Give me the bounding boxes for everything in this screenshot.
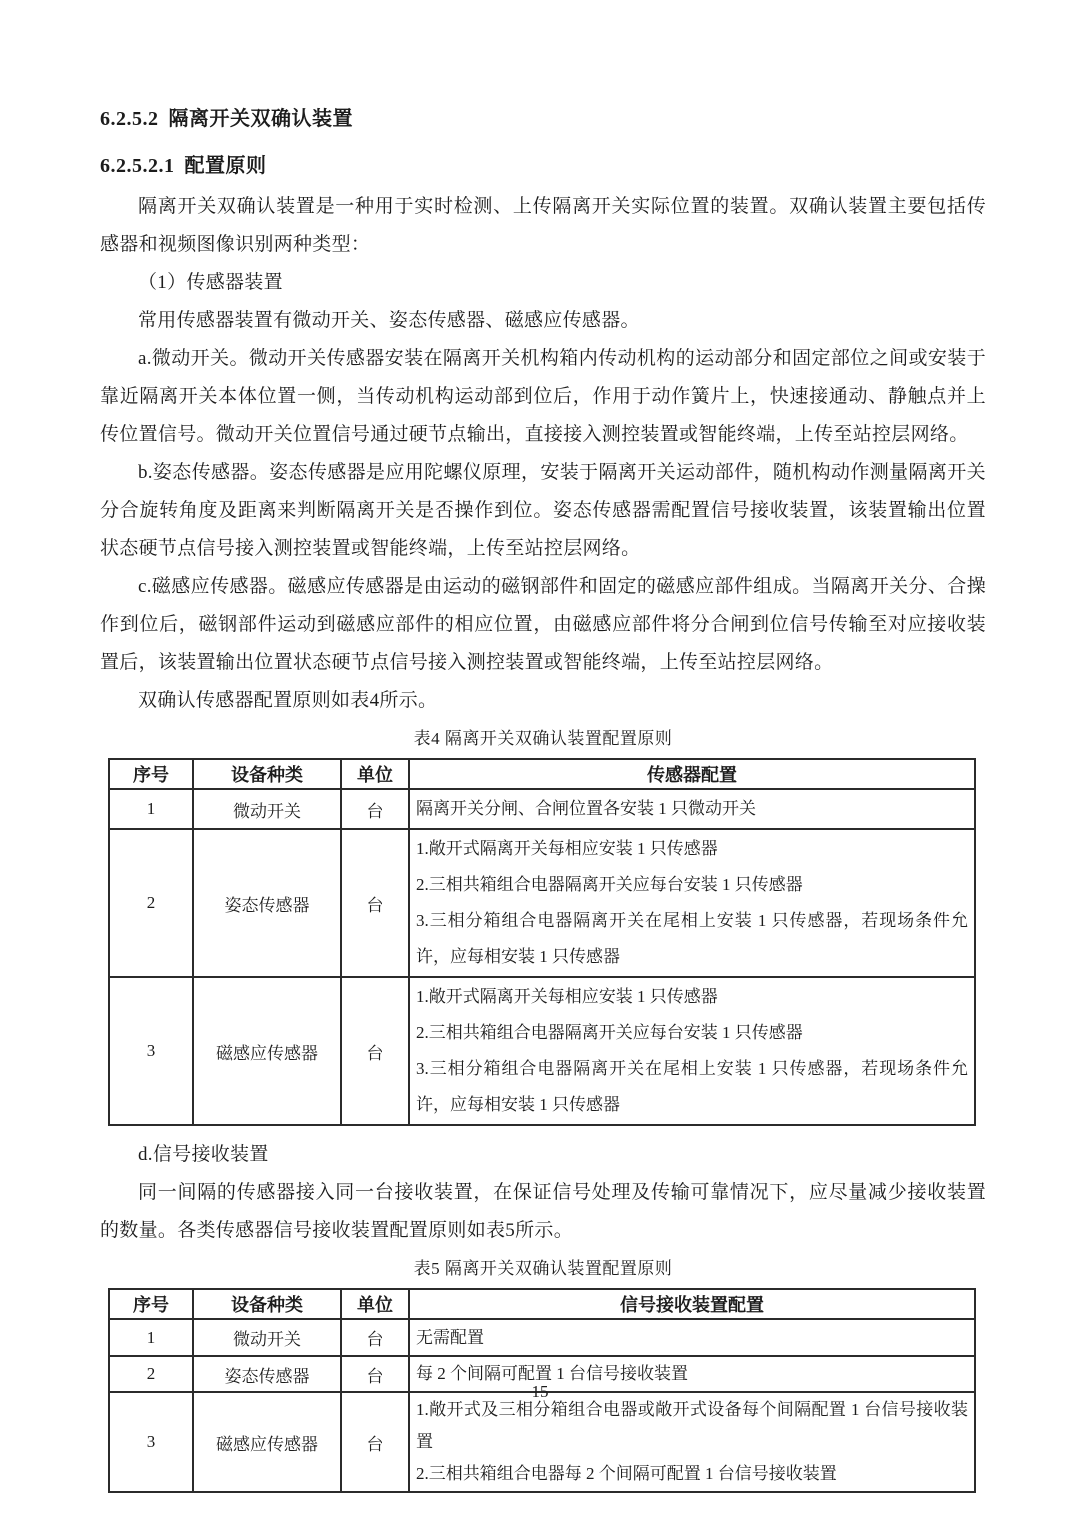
- table5-header-device: 设备种类: [193, 1289, 341, 1319]
- table-row: 3 磁感应传感器 台 1.敞开式及三相分箱组合电器或敞开式设备每个间隔配置 1 …: [109, 1392, 975, 1492]
- table4-row1-device: 微动开关: [193, 789, 341, 829]
- subsection-heading: 6.2.5.2.1配置原则: [100, 149, 986, 178]
- table4-row3-no: 3: [109, 977, 193, 1125]
- table4-header-device: 设备种类: [193, 759, 341, 789]
- paragraph-a-micro-switch: a.微动开关。微动开关传感器安装在隔离开关机构箱内传动机构的运动部分和固定部位之…: [100, 340, 986, 454]
- table5-row3-device: 磁感应传感器: [193, 1392, 341, 1492]
- table5-header-unit: 单位: [341, 1289, 409, 1319]
- table4: 序号 设备种类 单位 传感器配置 1 微动开关 台 隔离开关分闸、合闸位置各安装…: [108, 758, 976, 1126]
- table4-header-unit: 单位: [341, 759, 409, 789]
- table5-header-row: 序号 设备种类 单位 信号接收装置配置: [109, 1289, 975, 1319]
- document-page: 6.2.5.2隔离开关双确认装置 6.2.5.2.1配置原则 隔离开关双确认装置…: [0, 0, 1080, 1527]
- config-line: 1.敞开式及三相分箱组合电器或敞开式设备每个间隔配置 1 台信号接收装置: [416, 1394, 968, 1458]
- paragraph-c-magnetic-sensor: c.磁感应传感器。磁感应传感器是由运动的磁钢部件和固定的磁感应部件组成。当隔离开…: [100, 568, 986, 682]
- table5-row1-config: 无需配置: [409, 1319, 975, 1356]
- config-line: 2.三相共箱组合电器隔离开关应每台安装 1 只传感器: [416, 867, 968, 903]
- page-content: 6.2.5.2隔离开关双确认装置 6.2.5.2.1配置原则 隔离开关双确认装置…: [100, 102, 986, 1493]
- table-row: 3 磁感应传感器 台 1.敞开式隔离开关每相应安装 1 只传感器 2.三相共箱组…: [109, 977, 975, 1125]
- table5-row3-no: 3: [109, 1392, 193, 1492]
- table4-row3-unit: 台: [341, 977, 409, 1125]
- paragraph-intro: 隔离开关双确认装置是一种用于实时检测、上传隔离开关实际位置的装置。双确认装置主要…: [100, 188, 986, 264]
- config-line: 3.三相分箱组合电器隔离开关在尾相上安装 1 只传感器，若现场条件允许，应每相安…: [416, 903, 968, 975]
- section-heading: 6.2.5.2隔离开关双确认装置: [100, 102, 986, 131]
- table-row: 2 姿态传感器 台 1.敞开式隔离开关每相应安装 1 只传感器 2.三相共箱组合…: [109, 829, 975, 977]
- paragraph-d-receiver: d.信号接收装置: [100, 1136, 986, 1174]
- paragraph-table4-intro: 双确认传感器配置原则如表4所示。: [100, 682, 986, 720]
- table4-row3-config: 1.敞开式隔离开关每相应安装 1 只传感器 2.三相共箱组合电器隔离开关应每台安…: [409, 977, 975, 1125]
- table5-header-no: 序号: [109, 1289, 193, 1319]
- table4-row2-unit: 台: [341, 829, 409, 977]
- table4-row1-no: 1: [109, 789, 193, 829]
- config-line: 1.敞开式隔离开关每相应安装 1 只传感器: [416, 979, 968, 1015]
- config-line: 2.三相共箱组合电器每 2 个间隔可配置 1 台信号接收装置: [416, 1458, 968, 1490]
- table4-header-config: 传感器配置: [409, 759, 975, 789]
- config-line: 2.三相共箱组合电器隔离开关应每台安装 1 只传感器: [416, 1015, 968, 1051]
- paragraph-b-attitude-sensor: b.姿态传感器。姿态传感器是应用陀螺仪原理，安装于隔离开关运动部件，随机构动作测…: [100, 454, 986, 568]
- section-title: 隔离开关双确认装置: [169, 108, 354, 130]
- table4-row1-config: 隔离开关分闸、合闸位置各安装 1 只微动开关: [409, 789, 975, 829]
- config-line: 3.三相分箱组合电器隔离开关在尾相上安装 1 只传感器，若现场条件允许，应每相安…: [416, 1051, 968, 1123]
- subsection-number: 6.2.5.2.1: [100, 155, 175, 177]
- section-number: 6.2.5.2: [100, 108, 159, 130]
- config-line: 隔离开关分闸、合闸位置各安装 1 只微动开关: [416, 791, 968, 827]
- table4-row1-unit: 台: [341, 789, 409, 829]
- paragraph-common-sensors: 常用传感器装置有微动开关、姿态传感器、磁感应传感器。: [100, 302, 986, 340]
- table5-row3-unit: 台: [341, 1392, 409, 1492]
- subsection-title: 配置原则: [185, 155, 267, 177]
- table5-row1-no: 1: [109, 1319, 193, 1356]
- table5-row1-device: 微动开关: [193, 1319, 341, 1356]
- table4-row2-no: 2: [109, 829, 193, 977]
- table4-row3-device: 磁感应传感器: [193, 977, 341, 1125]
- table-row: 1 微动开关 台 隔离开关分闸、合闸位置各安装 1 只微动开关: [109, 789, 975, 829]
- table4-row2-device: 姿态传感器: [193, 829, 341, 977]
- paragraph-item1: （1）传感器装置: [100, 264, 986, 302]
- config-line: 1.敞开式隔离开关每相应安装 1 只传感器: [416, 831, 968, 867]
- paragraph-d-text: 同一间隔的传感器接入同一台接收装置，在保证信号处理及传输可靠情况下，应尽量减少接…: [100, 1174, 986, 1250]
- table5-header-config: 信号接收装置配置: [409, 1289, 975, 1319]
- table4-header-row: 序号 设备种类 单位 传感器配置: [109, 759, 975, 789]
- table-row: 1 微动开关 台 无需配置: [109, 1319, 975, 1356]
- config-line: 无需配置: [416, 1322, 968, 1354]
- table4-caption: 表4 隔离开关双确认装置配置原则: [100, 727, 986, 751]
- table5-row1-unit: 台: [341, 1319, 409, 1356]
- table5-caption: 表5 隔离开关双确认装置配置原则: [100, 1257, 986, 1281]
- table4-row2-config: 1.敞开式隔离开关每相应安装 1 只传感器 2.三相共箱组合电器隔离开关应每台安…: [409, 829, 975, 977]
- table4-header-no: 序号: [109, 759, 193, 789]
- table5-row3-config: 1.敞开式及三相分箱组合电器或敞开式设备每个间隔配置 1 台信号接收装置 2.三…: [409, 1392, 975, 1492]
- page-number: 15: [0, 1382, 1080, 1402]
